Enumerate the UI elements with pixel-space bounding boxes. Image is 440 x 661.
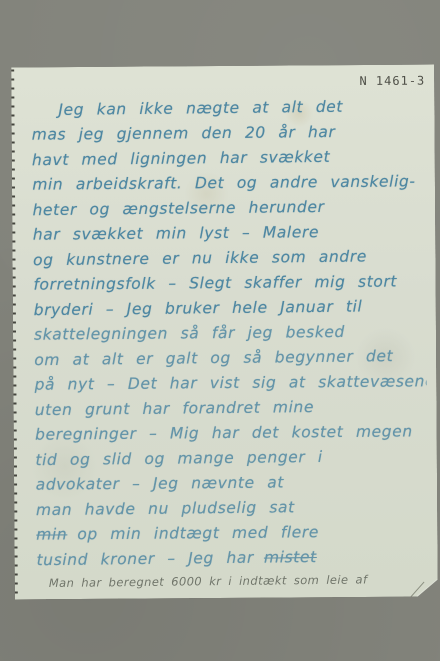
handwriting-line: havt med ligningen har svækket	[32, 144, 424, 173]
handwriting-line: min arbeidskraft. Det og andre vanskelig…	[32, 169, 424, 197]
handwriting-segment: tusind kroner – Jeg har	[36, 549, 254, 569]
handwriting-line: forretningsfolk – Slegt skaffer mig stor…	[33, 269, 425, 297]
catalog-number: N 1461-3	[359, 74, 425, 88]
struck-word: mistet	[264, 548, 317, 567]
letter-paper: N 1461-3 Jeg kan ikke nægte at alt det m…	[11, 65, 438, 600]
handwriting-segment: op min indtægt med flere	[77, 523, 319, 543]
struck-word: min	[36, 525, 67, 543]
letter-body: Jeg kan ikke nægte at alt det mas jeg gj…	[31, 94, 429, 590]
handwriting-line: på nyt – Det har vist sig at skattevæsen…	[34, 369, 426, 397]
handwriting-line: har svækket min lyst – Malere	[33, 219, 425, 247]
handwriting-line: mas jeg gjennem den 20 år har	[32, 119, 424, 147]
handwriting-line: uten grunt har forandret mine	[35, 394, 427, 423]
perforated-left-edge	[10, 69, 18, 597]
pencil-annotation: Man har beregnet 6000 kr i indtækt som l…	[49, 572, 429, 590]
photograph-background: N 1461-3 Jeg kan ikke nægte at alt det m…	[0, 0, 440, 661]
handwriting-line: tusind kroner – Jeg harmistet	[36, 544, 428, 573]
